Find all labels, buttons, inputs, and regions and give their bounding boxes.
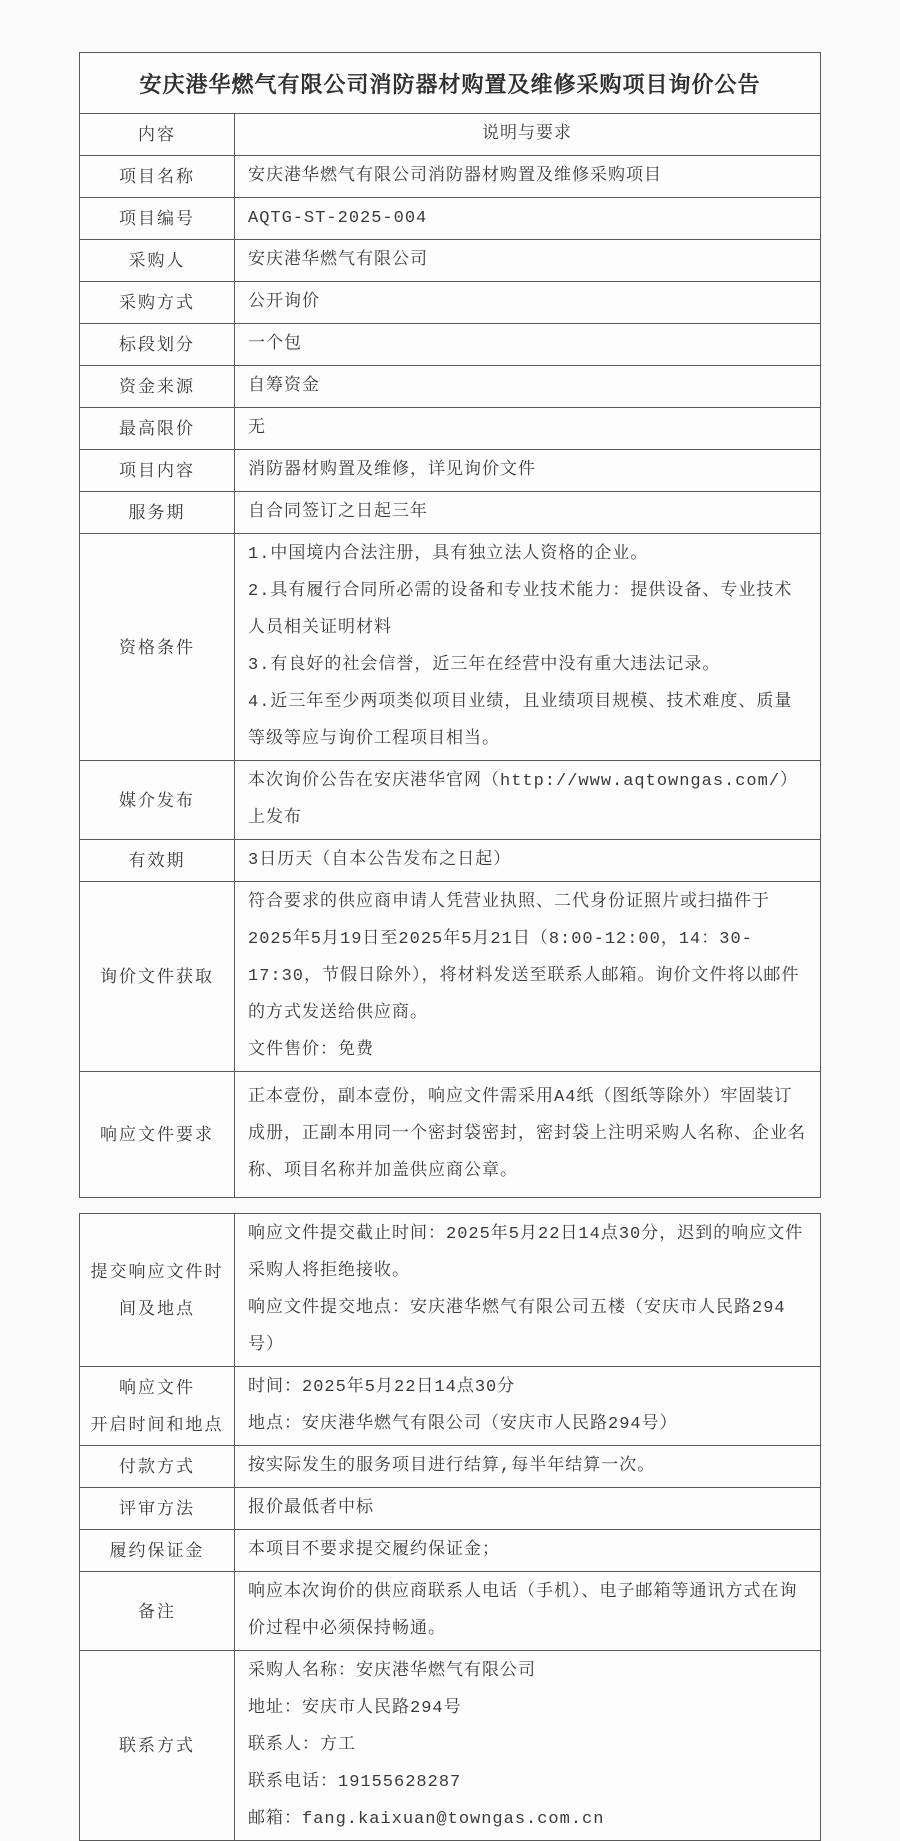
row-value: 消防器材购置及维修，详见询价文件	[235, 450, 820, 491]
table-row-lot-division: 标段划分 一个包	[80, 323, 820, 365]
row-value: 响应文件提交截止时间：2025年5月22日14点30分，迟到的响应文件采购人将拒…	[235, 1214, 820, 1366]
row-value: 1.中国境内合法注册，具有独立法人资格的企业。 2.具有履行合同所必需的设备和专…	[235, 534, 820, 760]
table-row-project-number: 项目编号 AQTG-ST-2025-004	[80, 197, 820, 239]
table-row-submission-time-place: 提交响应文件时 间及地点 响应文件提交截止时间：2025年5月22日14点30分…	[80, 1214, 820, 1366]
row-label: 响应文件要求	[80, 1072, 235, 1197]
table-row-document-acquisition: 询价文件获取 符合要求的供应商申请人凭营业执照、二代身份证照片或扫描件于2025…	[80, 881, 820, 1071]
table-row-project-name: 项目名称 安庆港华燃气有限公司消防器材购置及维修采购项目	[80, 155, 820, 197]
row-label: 媒介发布	[80, 761, 235, 839]
table-row-purchaser: 采购人 安庆港华燃气有限公司	[80, 239, 820, 281]
row-value: 安庆港华燃气有限公司	[235, 240, 820, 281]
table-row-funding-source: 资金来源 自筹资金	[80, 365, 820, 407]
row-label: 提交响应文件时 间及地点	[80, 1214, 235, 1366]
row-value: 时间：2025年5月22日14点30分 地点：安庆港华燃气有限公司（安庆市人民路…	[235, 1367, 820, 1445]
document-page: { "colors": { "background": "#fbfbfb", "…	[0, 52, 900, 1744]
row-label: 资金来源	[80, 366, 235, 407]
row-value: 本次询价公告在安庆港华官网（http://www.aqtowngas.com/）…	[235, 761, 820, 839]
row-label: 项目内容	[80, 450, 235, 491]
row-value: 自合同签订之日起三年	[235, 492, 820, 533]
table-row-opening-time-place: 响应文件 开启时间和地点 时间：2025年5月22日14点30分 地点：安庆港华…	[80, 1366, 820, 1445]
table-row-media-publication: 媒介发布 本次询价公告在安庆港华官网（http://www.aqtowngas.…	[80, 760, 820, 839]
row-value: 自筹资金	[235, 366, 820, 407]
row-label: 联系方式	[80, 1651, 235, 1840]
row-value: AQTG-ST-2025-004	[235, 198, 820, 239]
row-label: 最高限价	[80, 408, 235, 449]
row-label: 响应文件 开启时间和地点	[80, 1367, 235, 1445]
row-label: 付款方式	[80, 1446, 235, 1487]
table-row-evaluation-method: 评审方法 报价最低者中标	[80, 1487, 820, 1529]
table-row-performance-bond: 履约保证金 本项目不要求提交履约保证金；	[80, 1529, 820, 1571]
row-label: 项目编号	[80, 198, 235, 239]
row-value: 响应本次询价的供应商联系人电话（手机）、电子邮箱等通讯方式在询价过程中必须保持畅…	[235, 1572, 820, 1650]
table-row-contact-info: 联系方式 采购人名称：安庆港华燃气有限公司 地址：安庆市人民路294号 联系人：…	[80, 1650, 820, 1840]
row-label: 备注	[80, 1572, 235, 1650]
document-title: 安庆港华燃气有限公司消防器材购置及维修采购项目询价公告	[129, 62, 770, 105]
table-row-qualification: 资格条件 1.中国境内合法注册，具有独立法人资格的企业。 2.具有履行合同所必需…	[80, 533, 820, 760]
row-label: 资格条件	[80, 534, 235, 760]
title-row: 安庆港华燃气有限公司消防器材购置及维修采购项目询价公告	[80, 53, 820, 113]
row-label: 标段划分	[80, 324, 235, 365]
header-value-cell: 说明与要求	[235, 114, 820, 155]
row-value: 公开询价	[235, 282, 820, 323]
row-label: 履约保证金	[80, 1530, 235, 1571]
row-value: 采购人名称：安庆港华燃气有限公司 地址：安庆市人民路294号 联系人：方工 联系…	[235, 1651, 820, 1840]
row-value: 符合要求的供应商申请人凭营业执照、二代身份证照片或扫描件于2025年5月19日至…	[235, 882, 820, 1071]
row-value: 报价最低者中标	[235, 1488, 820, 1529]
table-row-procurement-method: 采购方式 公开询价	[80, 281, 820, 323]
table-row-validity-period: 有效期 3日历天（自本公告发布之日起）	[80, 839, 820, 881]
row-label: 采购人	[80, 240, 235, 281]
row-value: 本项目不要求提交履约保证金；	[235, 1530, 820, 1571]
table-row-service-period: 服务期 自合同签订之日起三年	[80, 491, 820, 533]
row-label: 评审方法	[80, 1488, 235, 1529]
announcement-table: 安庆港华燃气有限公司消防器材购置及维修采购项目询价公告 内容 说明与要求 项目名…	[79, 52, 821, 1198]
row-value: 按实际发生的服务项目进行结算,每半年结算一次。	[235, 1446, 820, 1487]
row-value: 一个包	[235, 324, 820, 365]
table-row-price-ceiling: 最高限价 无	[80, 407, 820, 449]
row-value: 无	[235, 408, 820, 449]
table-row-project-content: 项目内容 消防器材购置及维修，详见询价文件	[80, 449, 820, 491]
header-row: 内容 说明与要求	[80, 113, 820, 155]
submission-table: 提交响应文件时 间及地点 响应文件提交截止时间：2025年5月22日14点30分…	[79, 1213, 821, 1841]
row-value: 3日历天（自本公告发布之日起）	[235, 840, 820, 881]
table-row-response-doc-requirements: 响应文件要求 正本壹份，副本壹份，响应文件需采用A4纸（图纸等除外）牢固装订成册…	[80, 1071, 820, 1197]
row-value: 正本壹份，副本壹份，响应文件需采用A4纸（图纸等除外）牢固装订成册，正副本用同一…	[235, 1072, 820, 1197]
row-label: 有效期	[80, 840, 235, 881]
row-label: 服务期	[80, 492, 235, 533]
table-row-payment-method: 付款方式 按实际发生的服务项目进行结算,每半年结算一次。	[80, 1445, 820, 1487]
header-label-cell: 内容	[80, 114, 235, 155]
row-label: 项目名称	[80, 156, 235, 197]
row-label: 采购方式	[80, 282, 235, 323]
row-value: 安庆港华燃气有限公司消防器材购置及维修采购项目	[235, 156, 820, 197]
row-label: 询价文件获取	[80, 882, 235, 1071]
table-row-remarks: 备注 响应本次询价的供应商联系人电话（手机）、电子邮箱等通讯方式在询价过程中必须…	[80, 1571, 820, 1650]
